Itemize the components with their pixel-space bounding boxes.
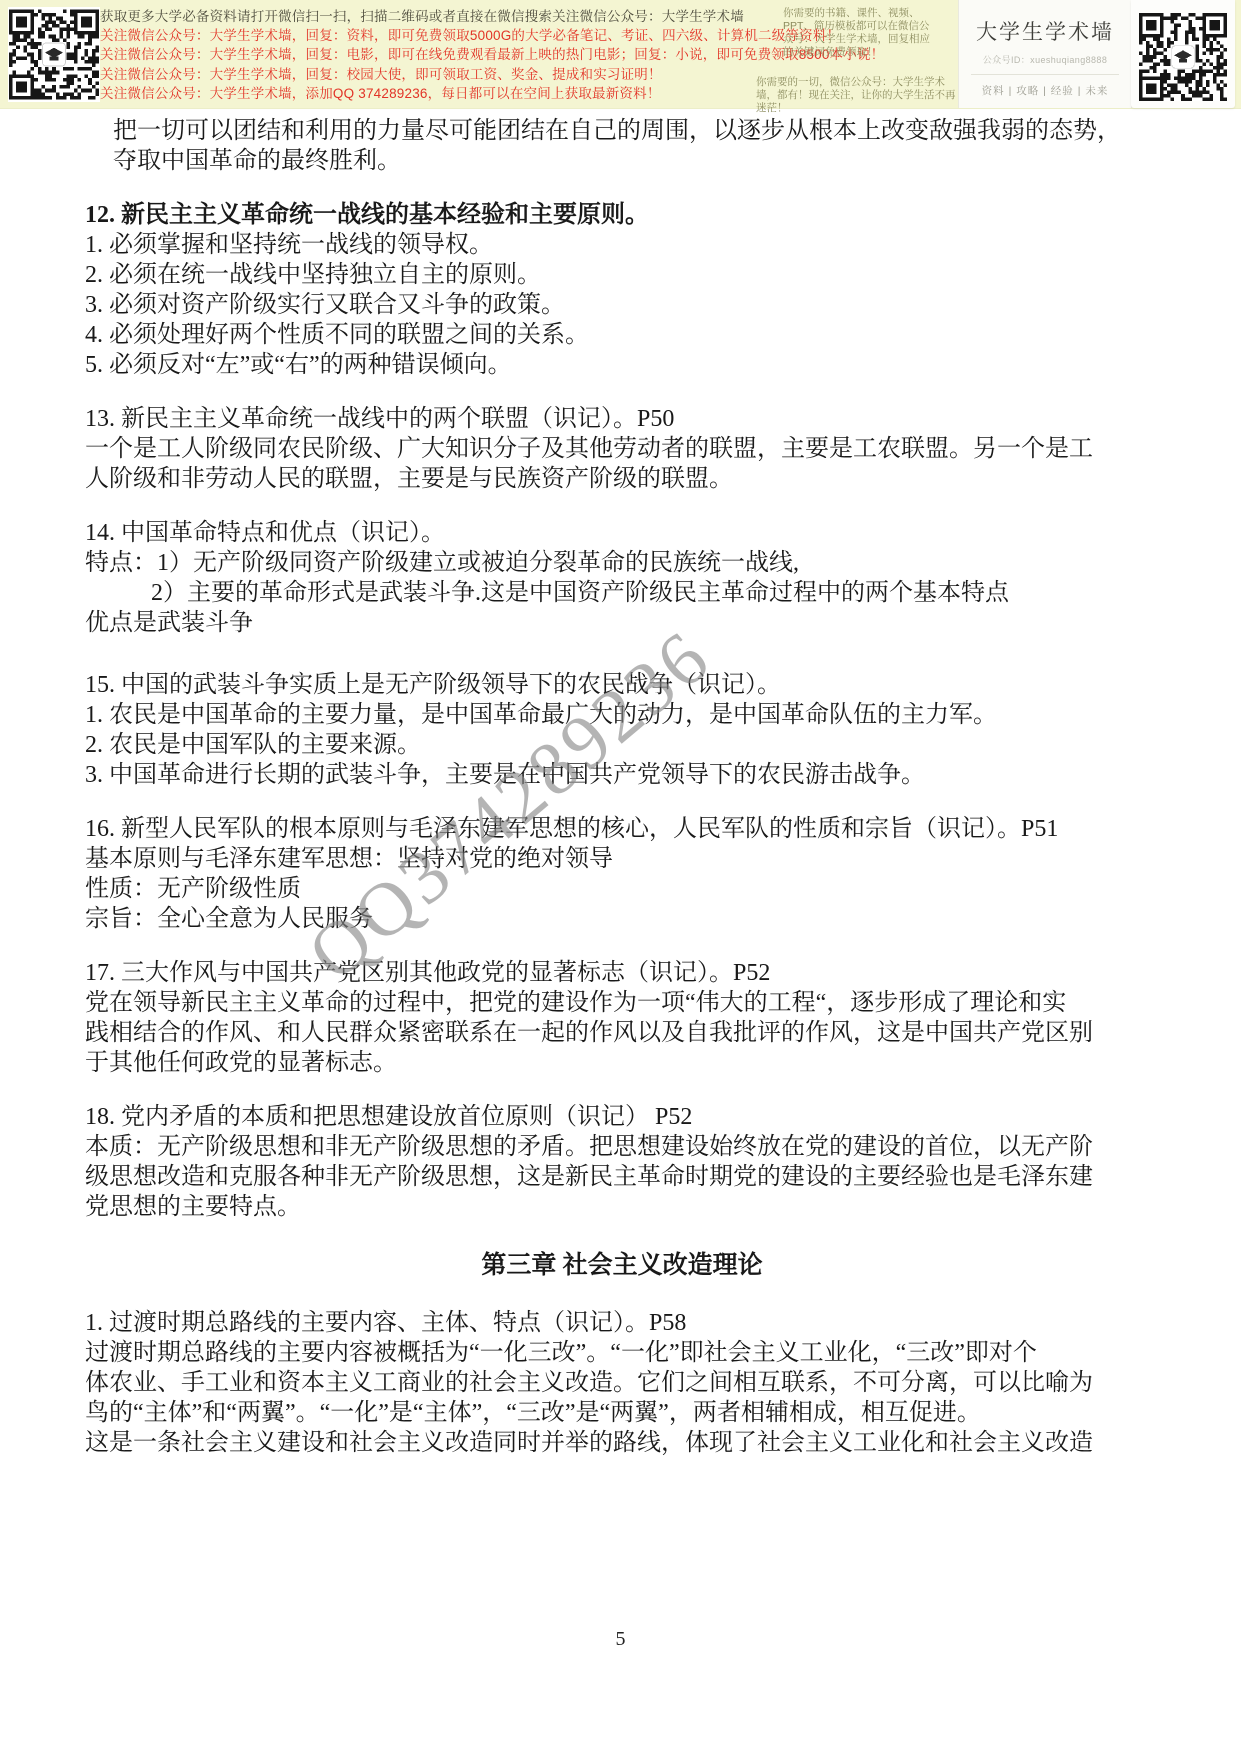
section-heading: 16. 新型人民军队的根本原则与毛泽东建军思想的核心，人民军队的性质和宗旨（识记… <box>85 814 1159 844</box>
text-line: 夺取中国革命的最终胜利。 <box>113 146 1159 176</box>
text-line: 人阶级和非劳动人民的联盟，主要是与民族资产阶级的联盟。 <box>85 464 1159 494</box>
divider <box>971 74 1119 75</box>
text-line: 把一切可以团结和利用的力量尽可能团结在自己的周围，以逐步从根本上改变敌强我弱的态… <box>113 116 1159 146</box>
brand-footer: 资料 | 攻略 | 经验 | 未来 <box>959 83 1131 98</box>
text-line: 宗旨：全心全意为人民服务 <box>85 904 1159 934</box>
paragraph-intro: 把一切可以团结和利用的力量尽可能团结在自己的周围，以逐步从根本上改变敌强我弱的态… <box>85 116 1159 176</box>
text-line: 基本原则与毛泽东建军思想：坚持对党的绝对领导 <box>85 844 1159 874</box>
text-line: 5. 必须反对“左”或“右”的两种错误倾向。 <box>85 350 1159 380</box>
brand-card: 大学生学术墙 公众号ID：xueshuqiang8888 资料 | 攻略 | 经… <box>958 0 1132 108</box>
text-line: 优点是武装斗争 <box>85 608 1159 638</box>
qr-right-panel <box>1131 0 1235 108</box>
page-number: 5 <box>0 1628 1241 1651</box>
text-line: 鸟的“主体”和“两翼”。“一化”是“主体”，“三改”是“两翼”，两者相辅相成，相… <box>85 1398 1159 1428</box>
qr-code-left-icon <box>8 7 100 102</box>
section-heading: 13. 新民主主义革命统一战线中的两个联盟（识记）。P50 <box>85 404 1159 434</box>
promo-line: 获取更多大学必备资料请打开微信扫一扫，扫描二维码或者直接在微信搜索关注微信公众号… <box>100 7 820 26</box>
chapter-heading: 第三章 社会主义改造理论 <box>85 1248 1159 1284</box>
promo-line: 关注微信公众号：大学生学术墙，回复：资料，即可免费领取5000G的大学必备笔记、… <box>100 26 820 45</box>
section-heading: 14. 中国革命特点和优点（识记）。 <box>85 518 1159 548</box>
text-line: 4. 必须处理好两个性质不同的联盟之间的关系。 <box>85 320 1159 350</box>
text-line: 党在领导新民主主义革命的过程中，把党的建设作为一项“伟大的工程“，逐步形成了理论… <box>85 988 1159 1018</box>
side-note-bottom: 你需要的一切，微信公众号：大学生学术墙，都有！现在关注，让你的大学生活不再迷茫！ <box>756 76 962 115</box>
promo-text-block: 获取更多大学必备资料请打开微信扫一扫，扫描二维码或者直接在微信搜索关注微信公众号… <box>100 7 820 103</box>
text-line: 本质：无产阶级思想和非无产阶级思想的矛盾。把思想建设始终放在党的建设的首位，以无… <box>85 1132 1159 1162</box>
panel-tab <box>1164 0 1202 7</box>
text-line: 2. 必须在统一战线中坚持独立自主的原则。 <box>85 260 1159 290</box>
section-heading: 1. 过渡时期总路线的主要内容、主体、特点（识记）。P58 <box>85 1308 1159 1338</box>
promo-line: 关注微信公众号：大学生学术墙，添加QQ 374289236，每日都可以在空间上获… <box>100 84 820 103</box>
text-line: 一个是工人阶级同农民阶级、广大知识分子及其他劳动者的联盟，主要是工农联盟。另一个… <box>85 434 1159 464</box>
text-line: 这是一条社会主义建设和社会主义改造同时并举的路线，体现了社会主义工业化和社会主义… <box>85 1428 1159 1458</box>
section-q14: 14. 中国革命特点和优点（识记）。 特点：1）无产阶级同资产阶级建立或被迫分裂… <box>85 518 1159 638</box>
text-line: 体农业、手工业和资本主义工商业的社会主义改造。它们之间相互联系，不可分离，可以比… <box>85 1368 1159 1398</box>
section-c3q1: 1. 过渡时期总路线的主要内容、主体、特点（识记）。P58 过渡时期总路线的主要… <box>85 1308 1159 1458</box>
section-heading: 15. 中国的武装斗争实质上是无产阶级领导下的农民战争（识记）。 <box>85 670 1159 700</box>
section-q15: 15. 中国的武装斗争实质上是无产阶级领导下的农民战争（识记）。 1. 农民是中… <box>85 670 1159 790</box>
qr-code-right-icon <box>1139 13 1227 101</box>
section-heading: 18. 党内矛盾的本质和把思想建设放首位原则（识记） P52 <box>85 1102 1159 1132</box>
text-line: 践相结合的作风、和人民群众紧密联系在一起的作风以及自我批评的作风，这是中国共产党… <box>85 1018 1159 1048</box>
text-line: 于其他任何政党的显著标志。 <box>85 1048 1159 1078</box>
section-q17: 17. 三大作风与中国共产党区别其他政党的显著标志（识记）。P52 党在领导新民… <box>85 958 1159 1078</box>
text-line: 党思想的主要特点。 <box>85 1192 1159 1222</box>
brand-subtitle: 公众号ID：xueshuqiang8888 <box>959 53 1131 66</box>
section-heading: 17. 三大作风与中国共产党区别其他政党的显著标志（识记）。P52 <box>85 958 1159 988</box>
text-line: 1. 农民是中国革命的主要力量，是中国革命最广大的动力，是中国革命队伍的主力军。 <box>85 700 1159 730</box>
text-line: 2）主要的革命形式是武装斗争.这是中国资产阶级民主革命过程中的两个基本特点 <box>85 578 1159 608</box>
document-body: 把一切可以团结和利用的力量尽可能团结在自己的周围，以逐步从根本上改变敌强我弱的态… <box>85 112 1159 1458</box>
side-note-top: 你需要的书籍、课件、视频、PPT、简历模板都可以在微信公众号：大学生学术墙，回复… <box>783 7 935 59</box>
text-line: 3. 必须对资产阶级实行又联合又斗争的政策。 <box>85 290 1159 320</box>
text-line: 过渡时期总路线的主要内容被概括为“一化三改”。“一化”即社会主义工业化，“三改”… <box>85 1338 1159 1368</box>
section-q13: 13. 新民主主义革命统一战线中的两个联盟（识记）。P50 一个是工人阶级同农民… <box>85 404 1159 494</box>
brand-title: 大学生学术墙 <box>959 16 1131 46</box>
promo-line: 关注微信公众号：大学生学术墙，回复：校园大使，即可领取工资、奖金、提成和实习证明… <box>100 65 820 84</box>
text-line: 3. 中国革命进行长期的武装斗争，主要是在中国共产党领导下的农民游击战争。 <box>85 760 1159 790</box>
section-q16: 16. 新型人民军队的根本原则与毛泽东建军思想的核心，人民军队的性质和宗旨（识记… <box>85 814 1159 934</box>
text-line: 级思想改造和克服各种非无产阶级思想，这是新民主革命时期党的建设的主要经验也是毛泽… <box>85 1162 1159 1192</box>
text-line: 1. 必须掌握和坚持统一战线的领导权。 <box>85 230 1159 260</box>
section-heading: 12. 新民主主义革命统一战线的基本经验和主要原则。 <box>85 200 1159 230</box>
text-line: 特点：1）无产阶级同资产阶级建立或被迫分裂革命的民族统一战线, <box>85 548 1159 578</box>
section-q18: 18. 党内矛盾的本质和把思想建设放首位原则（识记） P52 本质：无产阶级思想… <box>85 1102 1159 1222</box>
text-line: 2. 农民是中国军队的主要来源。 <box>85 730 1159 760</box>
promo-line: 关注微信公众号：大学生学术墙，回复：电影，即可在线免费观看最新上映的热门电影；回… <box>100 45 820 64</box>
promo-banner: 获取更多大学必备资料请打开微信扫一扫，扫描二维码或者直接在微信搜索关注微信公众号… <box>0 0 1241 109</box>
text-line: 性质：无产阶级性质 <box>85 874 1159 904</box>
section-q12: 12. 新民主主义革命统一战线的基本经验和主要原则。 1. 必须掌握和坚持统一战… <box>85 200 1159 380</box>
